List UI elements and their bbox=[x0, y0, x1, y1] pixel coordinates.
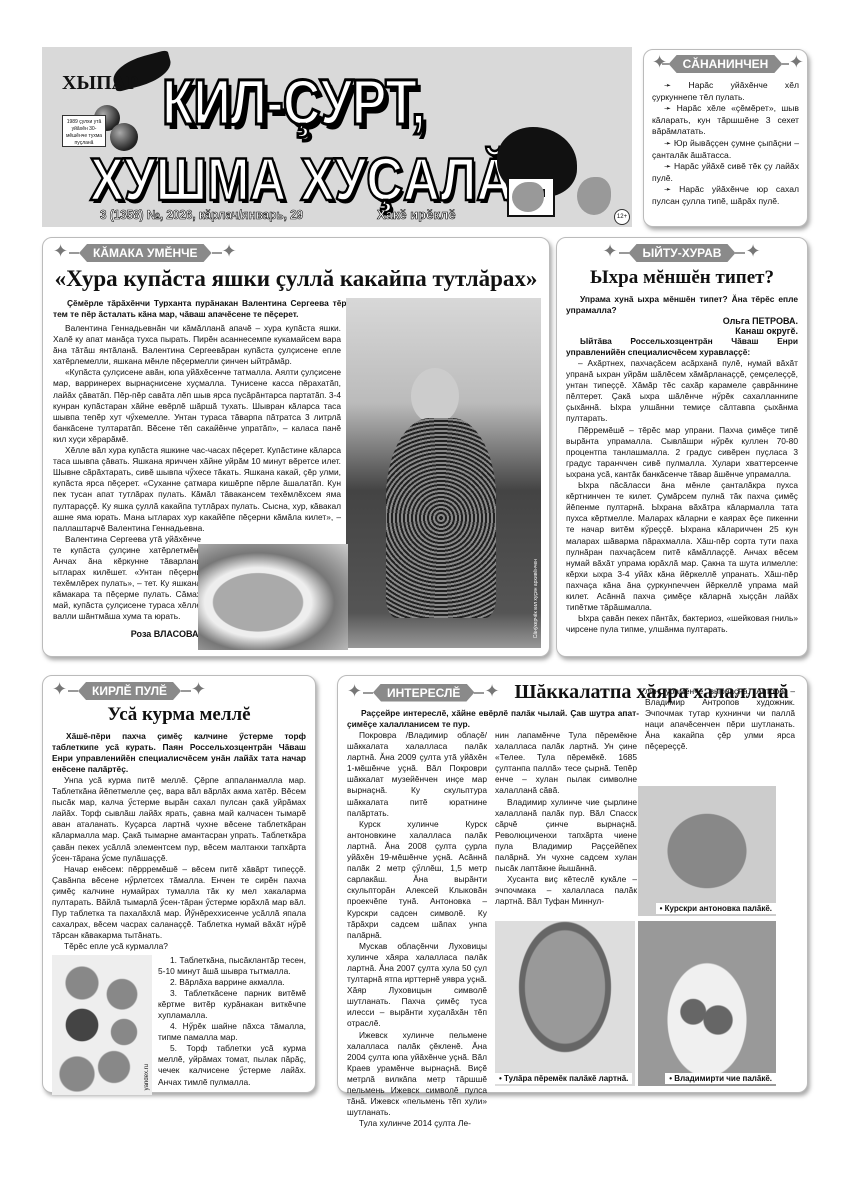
paragraph: Покровра /Владимир облаçĕ/ шăккалата хал… bbox=[347, 730, 487, 819]
title-line-2: ХУШМА ХУÇАЛĂХ bbox=[90, 145, 547, 214]
paragraph: Владимир хулинче чие çырлине халалланă п… bbox=[495, 797, 637, 875]
photo-soup bbox=[198, 544, 348, 650]
star-icon bbox=[53, 245, 69, 261]
arrow-icon: ➛ bbox=[664, 161, 674, 171]
rubric: СĂНАНИНЧЕН bbox=[652, 54, 799, 74]
rubric-label: КĂМАКА УМĔНЧЕ bbox=[79, 244, 212, 262]
paragraph: Ыхра çавăн пекех пăнтăх, бактериоз, «шей… bbox=[566, 613, 798, 635]
caption: • Тулăра пĕремĕк палăкĕ лартнă. bbox=[495, 1073, 632, 1084]
lead: Раççейре интереслĕ, хăйне евĕрлĕ палăк ч… bbox=[347, 708, 639, 730]
photo-kursk-apple: • Курскри антоновка палăкĕ. bbox=[638, 786, 776, 916]
rubric-label: СĂНАНИНЧЕН bbox=[669, 55, 783, 73]
paragraph: Курск хулинче Курск антоновкине халаллас… bbox=[347, 819, 487, 941]
step: 5. Торф таблетки усă курма меллĕ, уйрăма… bbox=[158, 1043, 306, 1087]
tips-box: СĂНАНИНЧЕН ➛ Нарăс уйăхĕнче хĕл çуркунне… bbox=[643, 49, 808, 227]
answer-lead: Ыйтăва Россельхозцентрăн Чăваш Енри упра… bbox=[566, 336, 798, 358]
photo-vladimir-cherry: • Владимирти чие палăкĕ. bbox=[638, 921, 776, 1086]
age-badge: 12+ bbox=[614, 209, 630, 225]
masthead: ХЫПАР 1989 çулхи утă уйăхĕн 30-мĕшĕнче т… bbox=[42, 47, 632, 227]
article-body: Валентина Геннадьевнăн чи кăмăлланă апач… bbox=[53, 323, 341, 534]
paragraph: – Ахăртнех, пахчаçăсем асăрханă пулĕ, ну… bbox=[566, 358, 798, 425]
author: Ольга ПЕТРОВА. bbox=[566, 316, 798, 326]
star-icon bbox=[484, 685, 500, 701]
article-body: – Ахăртнех, пахчаçăсем асăрханă пулĕ, ну… bbox=[566, 358, 798, 635]
headline: Ыхра мĕншĕн типет? bbox=[566, 267, 798, 289]
issue-info: 3 (1358) №, 2026, кăрлач/январь, 29 bbox=[100, 207, 303, 222]
star-icon bbox=[603, 245, 619, 261]
title-line-1: КИЛ-ÇУРТ, bbox=[162, 65, 425, 139]
rubric-label: КИРЛĔ ПУЛĔ bbox=[78, 682, 181, 700]
paragraph: лин урамĕнче вырнаçнă. Авторĕ – Владимир… bbox=[645, 686, 795, 753]
rooster-icon bbox=[577, 177, 611, 215]
headline: Усă курма меллĕ bbox=[52, 704, 306, 726]
hen-icon bbox=[512, 182, 544, 212]
column-1: Покровра /Владимир облаçĕ/ шăккалата хал… bbox=[347, 730, 487, 1129]
article-useful: КИРЛĔ ПУЛĔ Усă курма меллĕ Хăшĕ-пĕри пах… bbox=[42, 675, 316, 1093]
rubric-label: ЫЙТУ-ХУРАВ bbox=[629, 244, 736, 262]
star-icon bbox=[191, 683, 207, 699]
rubric-label: ИНТЕРЕСЛĔ bbox=[373, 684, 474, 702]
paragraph: Валентина Геннадьевнăн чи кăмăлланă апач… bbox=[53, 323, 341, 367]
photo-peat-tablets: yandex.ru bbox=[52, 955, 152, 1095]
star-icon bbox=[222, 245, 238, 261]
article-interesting: ИНТЕРЕСЛĔ Шăккалатпа хăяра халалланă Раç… bbox=[337, 675, 808, 1093]
article-body-end: Валентина Сергеева утă уйăхĕнче те купăс… bbox=[53, 534, 201, 640]
rubric: ИНТЕРЕСЛĔ bbox=[347, 683, 500, 703]
paragraph: Ыхра пăсăласси ăна мĕнле çанталăкра пухс… bbox=[566, 480, 798, 613]
paragraph: «Купăста çулçисене авăн, юпа уйăхĕсенче … bbox=[53, 367, 341, 445]
arrow-icon: ➛ bbox=[664, 184, 679, 194]
tip: Юр йывăççен çумне çыпăçни – çанталăк ăшă… bbox=[652, 138, 799, 160]
supertitle: ХЫПАР bbox=[62, 72, 138, 95]
rubric: ЫЙТУ-ХУРАВ bbox=[566, 243, 798, 263]
paragraph: Мускав облаçĕнчи Луховицы хулинче хăяра … bbox=[347, 941, 487, 1030]
article-kamaka: КĂМАКА УМĔНЧЕ «Хура купăста яшки çуллă к… bbox=[42, 237, 550, 657]
star-icon bbox=[347, 685, 363, 701]
lead: Хăшĕ-пĕри пахча çимĕç калчине ӳстерме то… bbox=[52, 731, 306, 775]
question: Упрама хунă ыхра мĕншĕн типет? Ăна тĕрĕс… bbox=[566, 294, 798, 316]
paragraph: Валентина Сергеева утă уйăхĕнче те купăс… bbox=[53, 534, 201, 623]
paragraph: Унпа усă курма питĕ меллĕ. Çĕрпе аппалан… bbox=[52, 775, 306, 864]
step: 1. Таблеткăна, пысăклантăр тесен, 5-10 м… bbox=[158, 955, 306, 977]
photo-credit: Сăнӳкерчĕк кил хуçин архивĕнчен bbox=[533, 559, 539, 638]
tip: Нарăс уйăхĕ сивĕ тĕк çу лайăх пулĕ. bbox=[652, 161, 799, 183]
photo-woman: Сăнӳкерчĕк кил хуçин архивĕнчен bbox=[346, 298, 541, 648]
article-body: Унпа усă курма питĕ меллĕ. Çĕрпе аппалан… bbox=[52, 775, 306, 953]
rubric: КĂМАКА УМĔНЧЕ bbox=[53, 243, 539, 263]
caption: • Владимирти чие палăкĕ. bbox=[665, 1073, 776, 1084]
paragraph: Хусанта виç кĕтеслĕ кукăле – эчпочмака –… bbox=[495, 874, 637, 907]
arrow-icon: ➛ bbox=[664, 80, 689, 90]
paragraph: Хĕлле вăл хура купăста яшкине час-часах … bbox=[53, 445, 341, 534]
star-icon bbox=[789, 56, 799, 72]
paragraph: Пĕрремĕшĕ – тĕрĕс мар упрани. Пахча çимĕ… bbox=[566, 425, 798, 480]
price-motto: Хакĕ ирĕклĕ bbox=[377, 207, 456, 222]
column-3: лин урамĕнче вырнаçнă. Авторĕ – Владимир… bbox=[645, 686, 795, 753]
step: 3. Таблеткăсене парник витĕмĕ кĕртме вит… bbox=[158, 988, 306, 1021]
photo-tula-gingerbread: • Тулăра пĕремĕк палăкĕ лартнă. bbox=[495, 921, 635, 1086]
arrow-icon: ➛ bbox=[664, 103, 677, 113]
star-icon bbox=[652, 56, 662, 72]
paragraph: нин лапамĕнче Тула пĕремĕкне халалласа п… bbox=[495, 730, 637, 797]
star-icon bbox=[52, 683, 68, 699]
paragraph: Начар енĕсем: пĕррремĕшĕ – вĕсем питĕ хă… bbox=[52, 864, 306, 942]
paragraph: Ижевск хулинче пельмене халалласа палăк … bbox=[347, 1030, 487, 1119]
paragraph: Тĕрĕс епле усă курмалла? bbox=[52, 941, 306, 952]
author-place: Канаш округĕ. bbox=[566, 326, 798, 336]
headline: «Хура купăста яшки çуллă какайпа тутлăра… bbox=[53, 266, 539, 292]
rubric: КИРЛĔ ПУЛĔ bbox=[52, 681, 306, 701]
step: 4. Нӳрĕк шайне пăхса тăмалла, типме пама… bbox=[158, 1021, 306, 1043]
founding-stamp: 1989 çулхи утă уйăхĕн 30-мĕшĕнче тухма п… bbox=[62, 115, 106, 147]
article-question: ЫЙТУ-ХУРАВ Ыхра мĕншĕн типет? Упрама хун… bbox=[556, 237, 808, 657]
caption: • Курскри антоновка палăкĕ. bbox=[656, 903, 776, 914]
photo-credit: yandex.ru bbox=[144, 1064, 150, 1090]
column-2: нин лапамĕнче Тула пĕремĕкне халалласа п… bbox=[495, 730, 637, 908]
star-icon bbox=[745, 245, 761, 261]
signature: Роза ВЛАСОВА. bbox=[53, 629, 201, 640]
paragraph: Тула хулинче 2014 çулта Ле- bbox=[347, 1118, 487, 1129]
arrow-icon: ➛ bbox=[664, 138, 674, 148]
step: 2. Вăрлăха варрине акмалла. bbox=[158, 977, 306, 988]
